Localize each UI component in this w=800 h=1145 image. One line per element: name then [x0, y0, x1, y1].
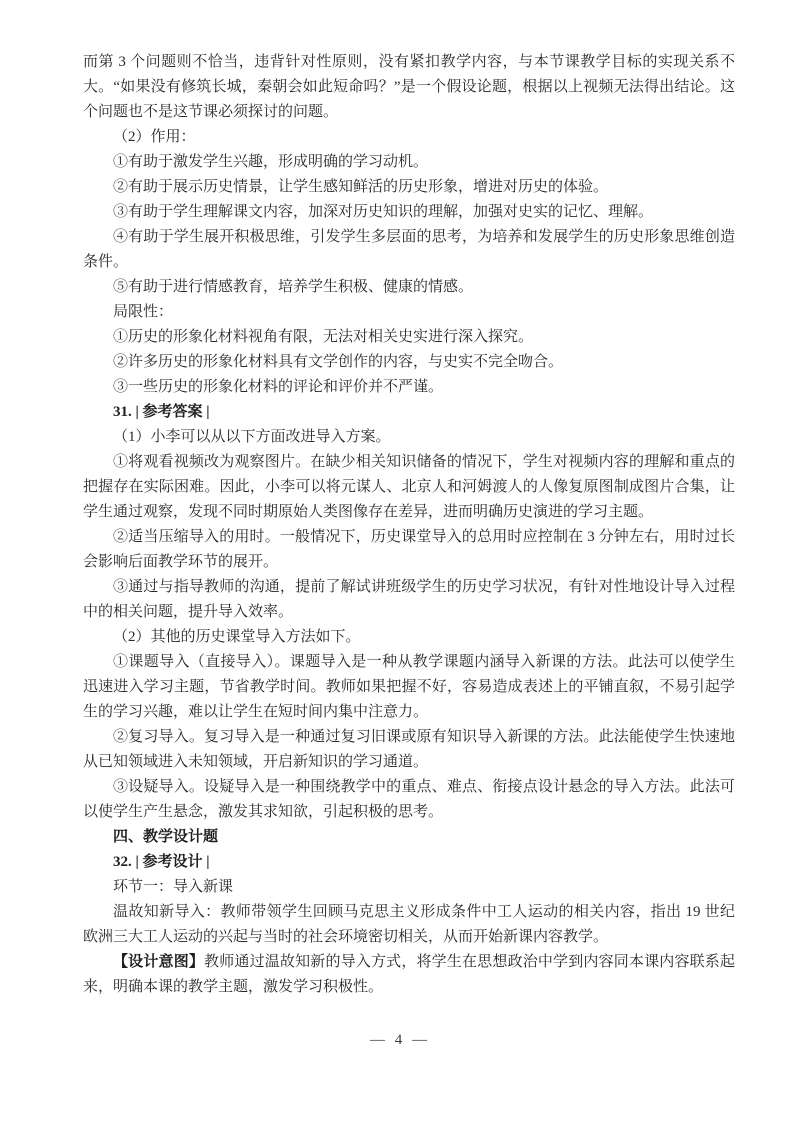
- paragraph: （1）小李可以从以下方面改进导入方案。: [83, 425, 735, 450]
- paragraph-continuation: 而第 3 个问题则不恰当，违背针对性原则，没有紧扣教学内容，与本节课教学目标的实…: [83, 50, 735, 125]
- paragraph: （2）其他的历史课堂导入方法如下。: [83, 625, 735, 650]
- paragraph-role-heading: （2）作用：: [83, 125, 735, 150]
- list-item: ③有助于学生理解课文内容，加深对历史知识的理解，加强对史实的记忆、理解。: [83, 200, 735, 225]
- list-item: ②许多历史的形象化材料具有文学创作的内容，与史实不完全吻合。: [83, 350, 735, 375]
- list-item: ①有助于激发学生兴趣，形成明确的学习动机。: [83, 150, 735, 175]
- paragraph: 温故知新导入：教师带领学生回顾马克思主义形成条件中工人运动的相关内容，指出 19…: [83, 900, 735, 950]
- list-item: ⑤有助于进行情感教育，培养学生积极、健康的情感。: [83, 275, 735, 300]
- step-1-heading: 环节一：导入新课: [83, 875, 735, 900]
- section-4-heading: 四、教学设计题: [83, 825, 735, 850]
- design-intent-label: 【设计意图】: [113, 954, 204, 970]
- question-32-design-heading: 32. | 参考设计 |: [83, 850, 735, 875]
- list-item: ③一些历史的形象化材料的评论和评价并不严谨。: [83, 375, 735, 400]
- list-item: ①课题导入（直接导入）。课题导入是一种从教学课题内涵导入新课的方法。此法可以使学…: [83, 650, 735, 725]
- list-item: ①将观看视频改为观察图片。在缺少相关知识储备的情况下，学生对视频内容的理解和重点…: [83, 450, 735, 525]
- list-item: ②有助于展示历史情景，让学生感知鲜活的历史形象，增进对历史的体验。: [83, 175, 735, 200]
- limitations-heading: 局限性：: [83, 300, 735, 325]
- text-block: 而第 3 个问题则不恰当，违背针对性原则，没有紧扣教学内容，与本节课教学目标的实…: [83, 50, 735, 1000]
- page-number: — 4 —: [0, 1028, 800, 1053]
- list-item: ②复习导入。复习导入是一种通过复习旧课或原有知识导入新课的方法。此法能使学生快速…: [83, 725, 735, 775]
- list-item: ①历史的形象化材料视角有限，无法对相关史实进行深入探究。: [83, 325, 735, 350]
- list-item: ③设疑导入。设疑导入是一种围绕教学中的重点、难点、衔接点设计悬念的导入方法。此法…: [83, 775, 735, 825]
- question-31-answer-heading: 31. | 参考答案 |: [83, 400, 735, 425]
- list-item: ④有助于学生展开积极思维，引发学生多层面的思考，为培养和发展学生的历史形象思维创…: [83, 225, 735, 275]
- list-item: ②适当压缩导入的用时。一般情况下，历史课堂导入的总用时应控制在 3 分钟左右，用…: [83, 525, 735, 575]
- list-item: ③通过与指导教师的沟通，提前了解试讲班级学生的历史学习状况，有针对性地设计导入过…: [83, 575, 735, 625]
- design-intent-paragraph: 【设计意图】教师通过温故知新的导入方式，将学生在思想政治中学到内容同本课内容联系…: [83, 950, 735, 1000]
